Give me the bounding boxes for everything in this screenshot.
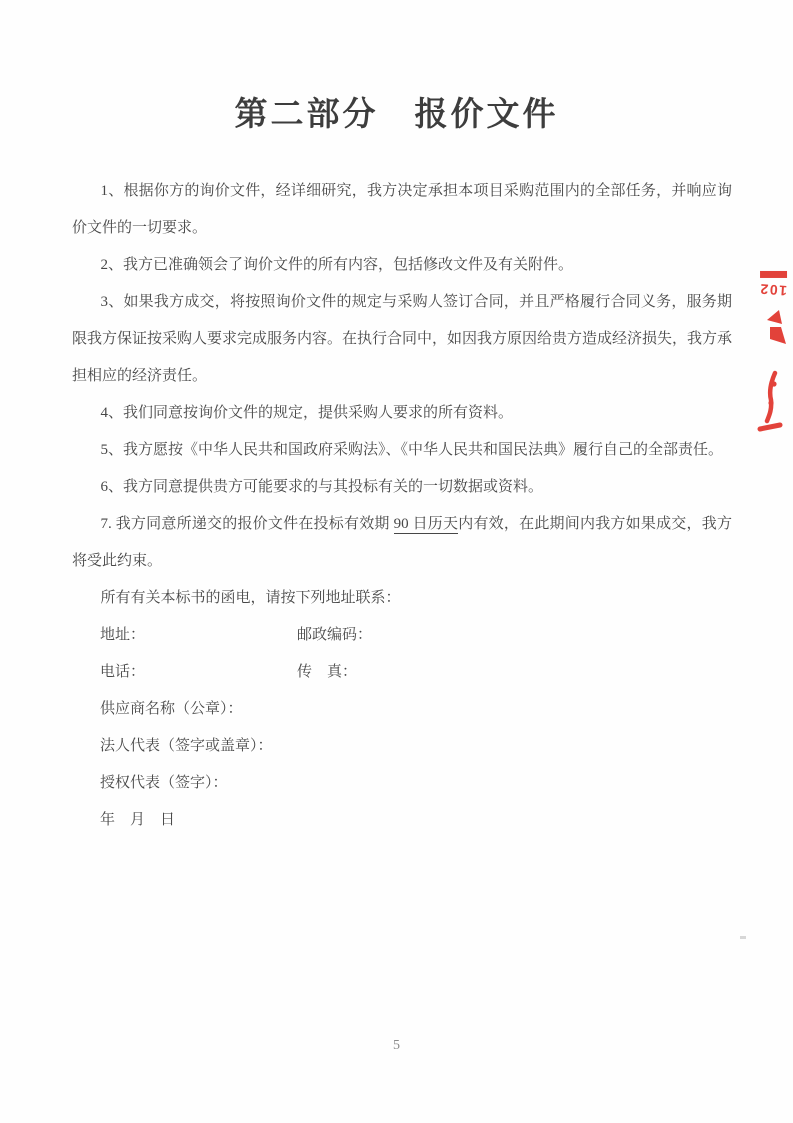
paragraph-2: 2、我方已准确领会了询价文件的所有内容，包括修改文件及有关附件。 <box>72 247 732 284</box>
page-title: 第二部分 报价文件 <box>0 0 793 136</box>
stamp-number-text: 102 <box>754 281 791 299</box>
contact-row-address: 地址： 邮政编码： <box>72 617 732 654</box>
page-number: 5 <box>0 1038 793 1054</box>
paragraph-7: 7. 我方同意所递交的报价文件在投标有效期 90 日历天内有效，在此期间内我方如… <box>72 506 732 580</box>
scan-speck <box>740 936 746 939</box>
red-stamp-fragment-stroke <box>756 370 788 434</box>
paragraph-4: 4、我们同意按询价文件的规定，提供采购人要求的所有资料。 <box>72 395 732 432</box>
postal-code-label: 邮政编码： <box>297 617 372 654</box>
red-stamp-fragment-number: 102 <box>754 251 793 299</box>
address-label: 地址： <box>100 617 297 654</box>
contact-intro: 所有有关本标书的函电，请按下列地址联系： <box>72 580 732 617</box>
paragraph-5: 5、我方愿按《中华人民共和国政府采购法》、《中华人民共和国民法典》履行自己的全部… <box>72 432 732 469</box>
supplier-name-line: 供应商名称（公章）： <box>72 691 732 728</box>
red-stamp-fragment-triangles <box>760 309 788 349</box>
legal-representative-line: 法人代表（签字或盖章）： <box>72 728 732 765</box>
paragraph-3: 3、如果我方成交，将按照询价文件的规定与采购人签订合同，并且严格履行合同义务，服… <box>72 284 732 395</box>
paragraph-1: 1、根据你方的询价文件，经详细研究，我方决定承担本项目采购范围内的全部任务，并响… <box>72 173 732 247</box>
document-page: 第二部分 报价文件 1、根据你方的询价文件，经详细研究，我方决定承担本项目采购范… <box>0 0 793 1123</box>
stamp-bar <box>761 271 788 278</box>
paragraph-7-pre: 7. 我方同意所递交的报价文件在投标有效期 <box>101 516 394 532</box>
date-line: 年 月 日 <box>72 802 732 839</box>
paragraph-6: 6、我方同意提供贵方可能要求的与其投标有关的一切数据或资料。 <box>72 469 732 506</box>
document-body: 1、根据你方的询价文件，经详细研究，我方决定承担本项目采购范围内的全部任务，并响… <box>72 173 732 839</box>
phone-label: 电话： <box>100 654 297 691</box>
bid-validity-underlined: 90 日历天 <box>394 516 459 534</box>
authorized-representative-line: 授权代表（签字）： <box>72 765 732 802</box>
contact-row-phone: 电话： 传 真： <box>72 654 732 691</box>
fax-label: 传 真： <box>297 654 357 691</box>
